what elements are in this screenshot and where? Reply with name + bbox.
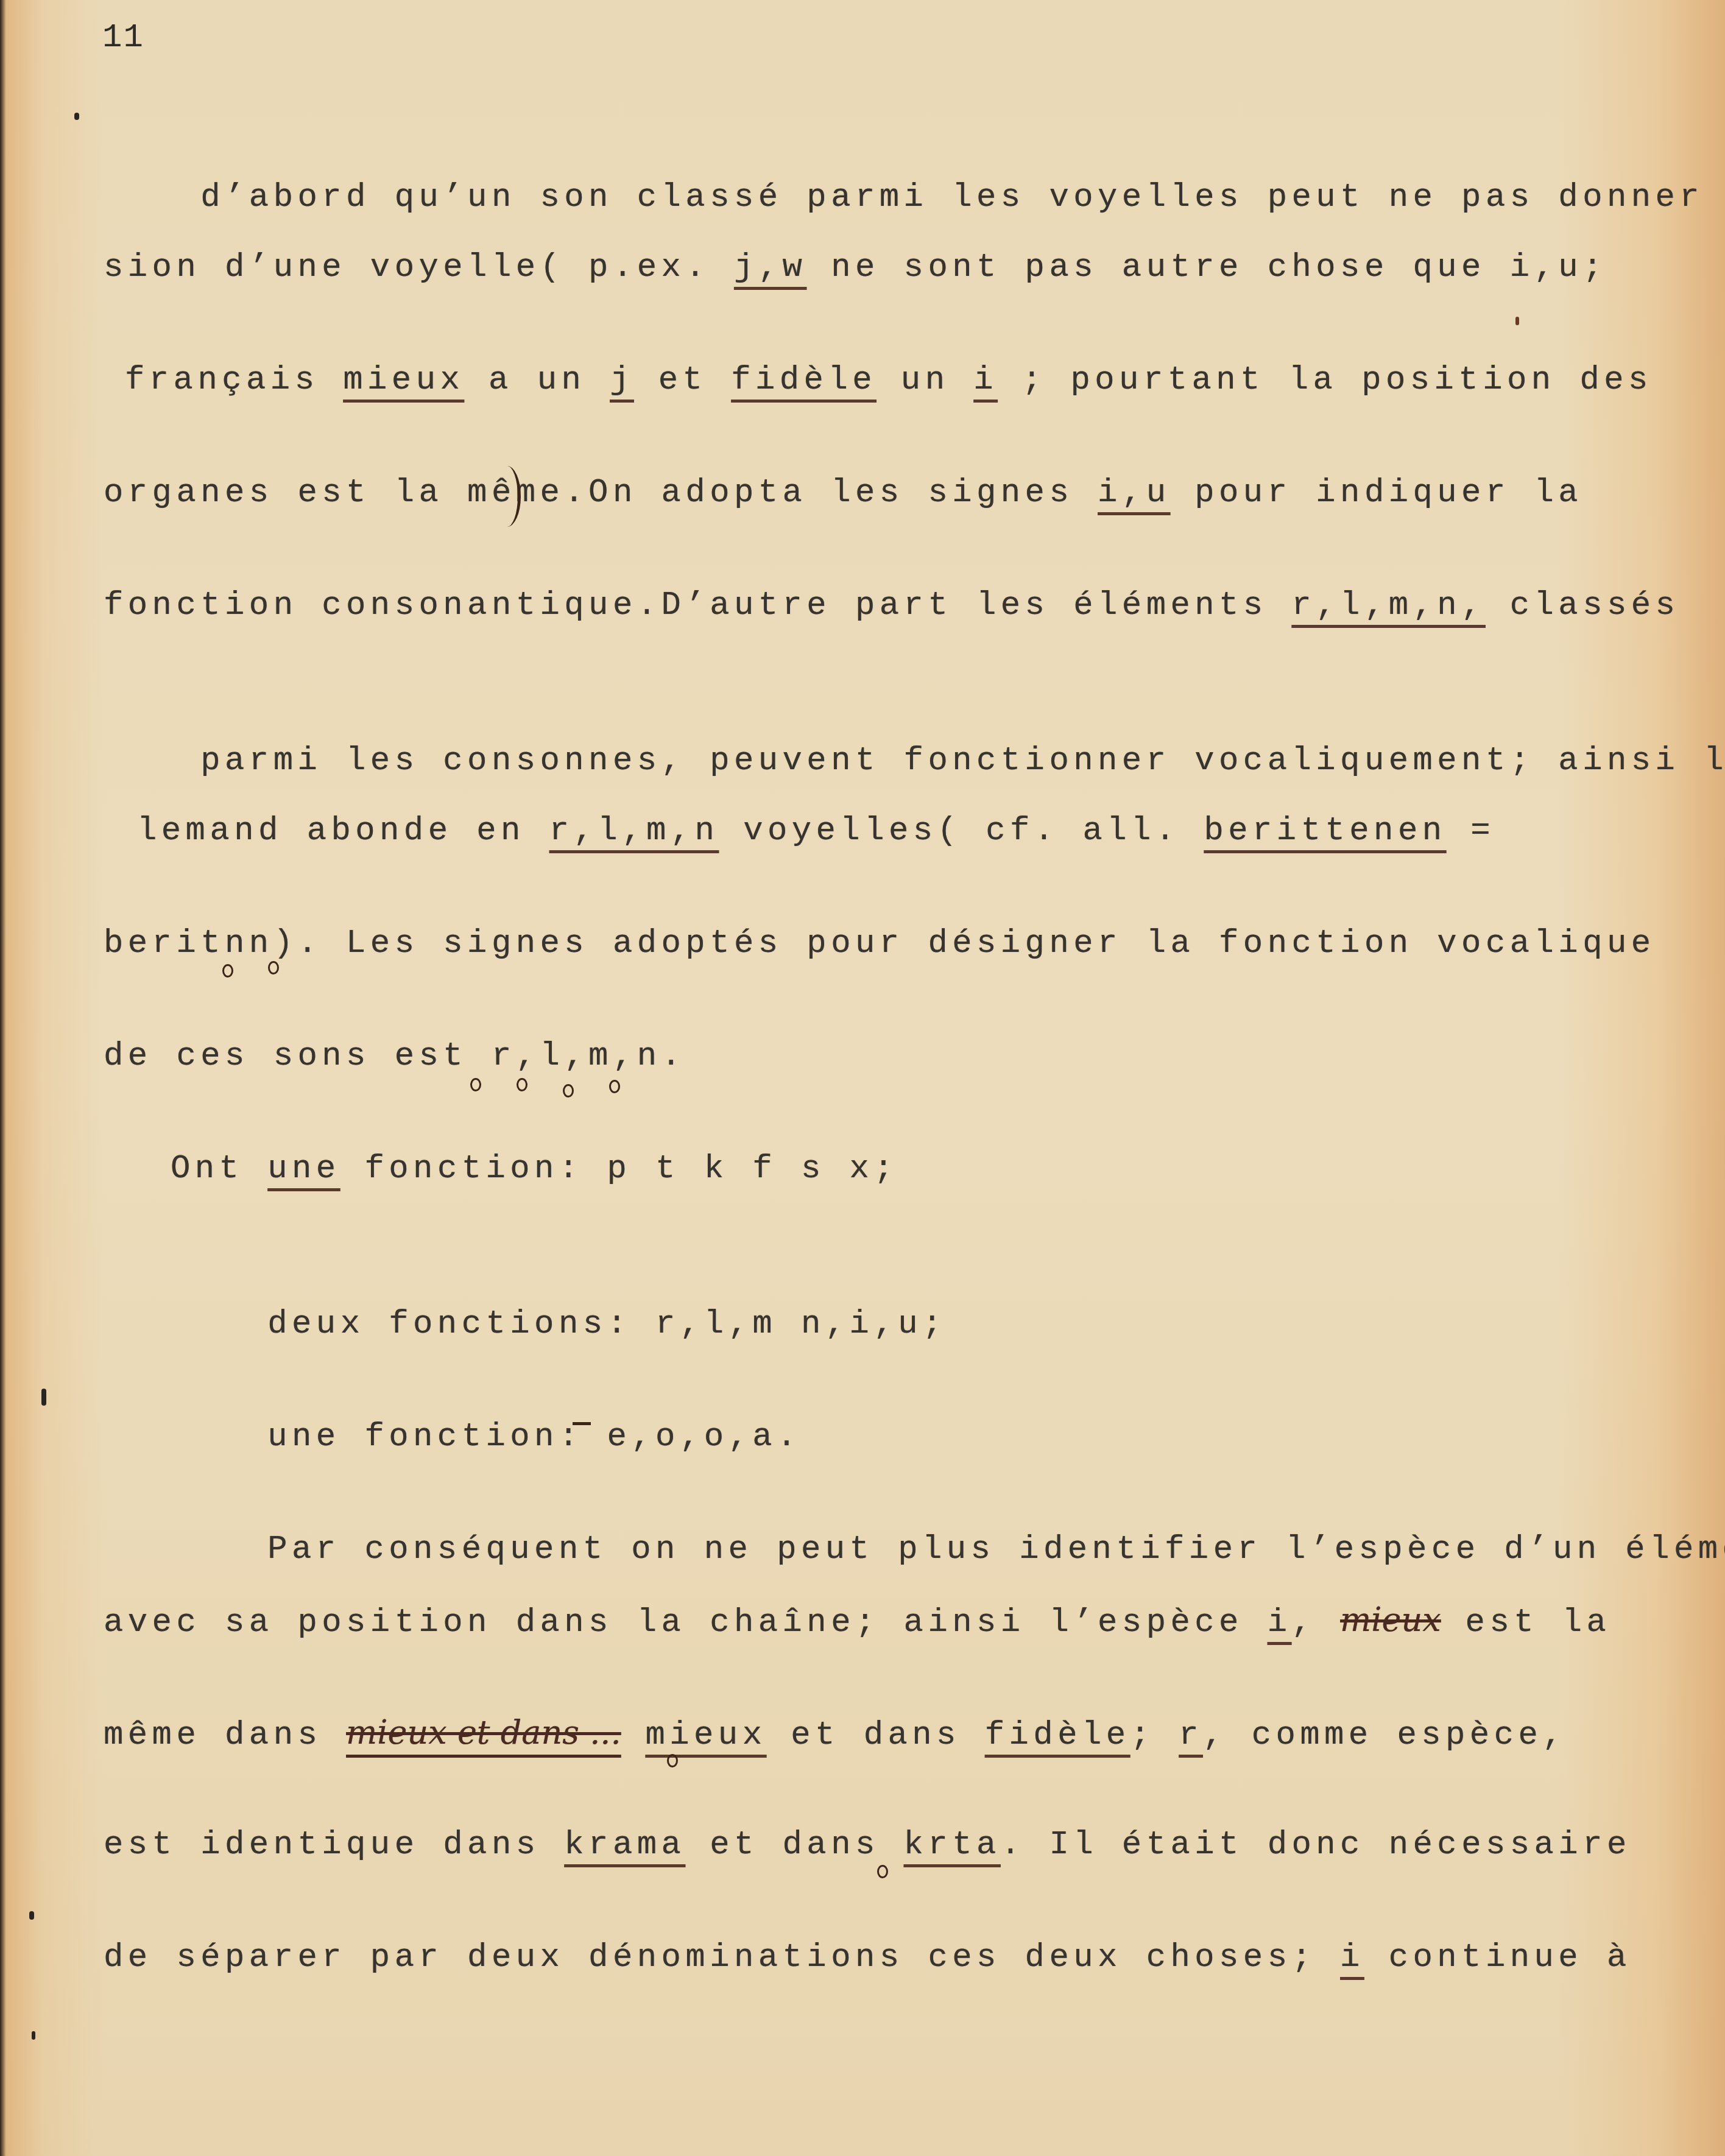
line-text: deux fonctions: r,l,m n,i,u; [267, 1306, 947, 1343]
margin-speck [32, 2031, 35, 2040]
ink-speck [1515, 317, 1519, 325]
syllabic-ring-mark [470, 1078, 481, 1091]
line-text: , comme espèce, [1203, 1717, 1567, 1754]
line-text: beritnn [104, 925, 273, 962]
text-line-2: sion d’une voyelle( p.ex. j,w ne sont pa… [104, 247, 1607, 289]
line-text: . Il était donc nécessaire [1001, 1827, 1631, 1864]
underlined-example: r [1179, 1717, 1203, 1754]
syllabic-ring-mark [517, 1078, 527, 1091]
line-text: est la [1441, 1604, 1611, 1641]
underlined-example: r,l,m,n [549, 812, 719, 850]
line-text: ). Les signes adoptés pour désigner la f… [273, 925, 1656, 962]
line-text: de séparer par deux dénominations ces de… [104, 1939, 1340, 1976]
line-text: et dans [685, 1827, 903, 1864]
line-text: continue à [1364, 1939, 1631, 1976]
syllabic-ring-mark [877, 1865, 888, 1878]
underlined-example: i,u [1098, 474, 1170, 512]
line-text: français [125, 362, 343, 399]
line-text: . [661, 1038, 686, 1075]
line-text: = [1447, 812, 1495, 850]
syllabic-ring-mark [268, 961, 279, 974]
struck-handwritten-correction: mieux et dans ... [346, 1713, 621, 1752]
underlined-example: i [973, 362, 998, 399]
underlined-example: krta [904, 1827, 1001, 1864]
line-text: d’abord qu’un son classé parmi les voyel… [200, 179, 1725, 216]
underlined-example: fidèle [731, 362, 877, 399]
syllabic-ring-mark [563, 1084, 574, 1097]
text-line-17: de séparer par deux dénominations ces de… [104, 1937, 1631, 1979]
text-line-7: lemand abonde en r,l,m,n voyelles( cf. a… [137, 810, 1495, 853]
syllabic-ring-mark [222, 964, 233, 978]
text-line-12: une fonction: e,o,o,a. [171, 1373, 801, 1501]
text-line-14: avec sa position dans la chaîne; ainsi l… [104, 1599, 1610, 1644]
text-line-1: d’abord qu’un son classé parmi les voyel… [104, 134, 1725, 262]
line-text: un [877, 362, 973, 399]
line-text: pour indiquer la [1170, 474, 1582, 512]
line-text: parmi les consonnes, peuvent fonctionner… [200, 742, 1725, 780]
line-text: et dans [766, 1717, 984, 1754]
text-line-6: parmi les consonnes, peuvent fonctionner… [104, 697, 1725, 825]
margin-speck [29, 1911, 34, 1920]
line-text: lemand abonde en [137, 812, 549, 850]
underlined-example: i [1340, 1939, 1364, 1976]
handwritten-underline-mark [573, 1422, 591, 1425]
line-text: a un [464, 362, 610, 399]
text-line-8: beritnn). Les signes adoptés pour désign… [104, 923, 1656, 965]
line-text: voyelles( cf. all. [719, 812, 1204, 850]
scan-edge-shadow [0, 0, 6, 2156]
handwritten-parenthesis-mark [493, 466, 521, 527]
line-text: avec sa position dans la chaîne; ainsi l… [104, 1604, 1268, 1641]
underlined-example: berittenen [1204, 812, 1446, 850]
underlined-example: une [267, 1150, 340, 1188]
line-text: , [1291, 1604, 1340, 1641]
line-text: r,l,m,n [492, 1038, 661, 1075]
underlined-example: fidèle [985, 1717, 1131, 1754]
text-line-16: est identique dans krama et dans krta. I… [104, 1824, 1631, 1867]
text-line-15: même dans mieux et dans ... mieux et dan… [104, 1711, 1567, 1757]
document-page: 11 d’abord qu’un son classé parmi les vo… [0, 0, 1725, 2156]
line-text: classés [1486, 587, 1679, 624]
struck-handwritten-word: mieux [1340, 1601, 1441, 1639]
line-text: et [634, 362, 731, 399]
underlined-example: r,l,m,n, [1291, 587, 1485, 624]
underlined-example: j [610, 362, 634, 399]
text-line-13: Par conséquent on ne peut plus identifie… [171, 1486, 1725, 1614]
text-line-5: fonction consonantique.D’autre part les … [104, 585, 1679, 627]
line-text [621, 1717, 646, 1754]
margin-mark [41, 1389, 46, 1406]
page-number: 11 [102, 19, 144, 57]
syllabic-ring-mark [609, 1080, 620, 1093]
line-text: même dans [104, 1717, 346, 1754]
line-text: ; [1131, 1717, 1179, 1754]
margin-speck [74, 113, 79, 120]
text-line-10: Ont une fonction: p t k f s x; [171, 1148, 898, 1191]
line-text: de ces sons est [104, 1038, 492, 1075]
line-text: fonction: p t k f s x; [340, 1150, 898, 1188]
underlined-example: mieux [645, 1717, 766, 1754]
line-text: est identique dans [104, 1827, 564, 1864]
text-line-4: organes est la même.On adopta les signes… [104, 472, 1582, 515]
text-line-9: de ces sons est r,l,m,n. [104, 1035, 685, 1078]
text-line-11: deux fonctions: r,l,m n,i,u; [171, 1261, 947, 1389]
underlined-example: j,w [734, 249, 806, 286]
line-text: Ont [171, 1150, 267, 1188]
line-text: sion d’une voyelle( p.ex. [104, 249, 734, 286]
line-text: Par conséquent on ne peut plus identifie… [267, 1531, 1725, 1568]
underlined-example: mieux [343, 362, 464, 399]
line-text: ; pourtant la position des [998, 362, 1653, 399]
underlined-example: krama [564, 1827, 685, 1864]
line-text: fonction consonantique.D’autre part les … [104, 587, 1291, 624]
line-text: ne sont pas autre chose que i,u; [806, 249, 1607, 286]
line-text: .On adopta les signes [564, 474, 1098, 512]
line-text: une fonction: e,o,o,a. [267, 1418, 801, 1456]
underlined-example: i [1268, 1604, 1292, 1641]
text-line-3: français mieux a un j et fidèle un i ; p… [125, 359, 1653, 402]
syllabic-ring-mark [667, 1754, 678, 1767]
